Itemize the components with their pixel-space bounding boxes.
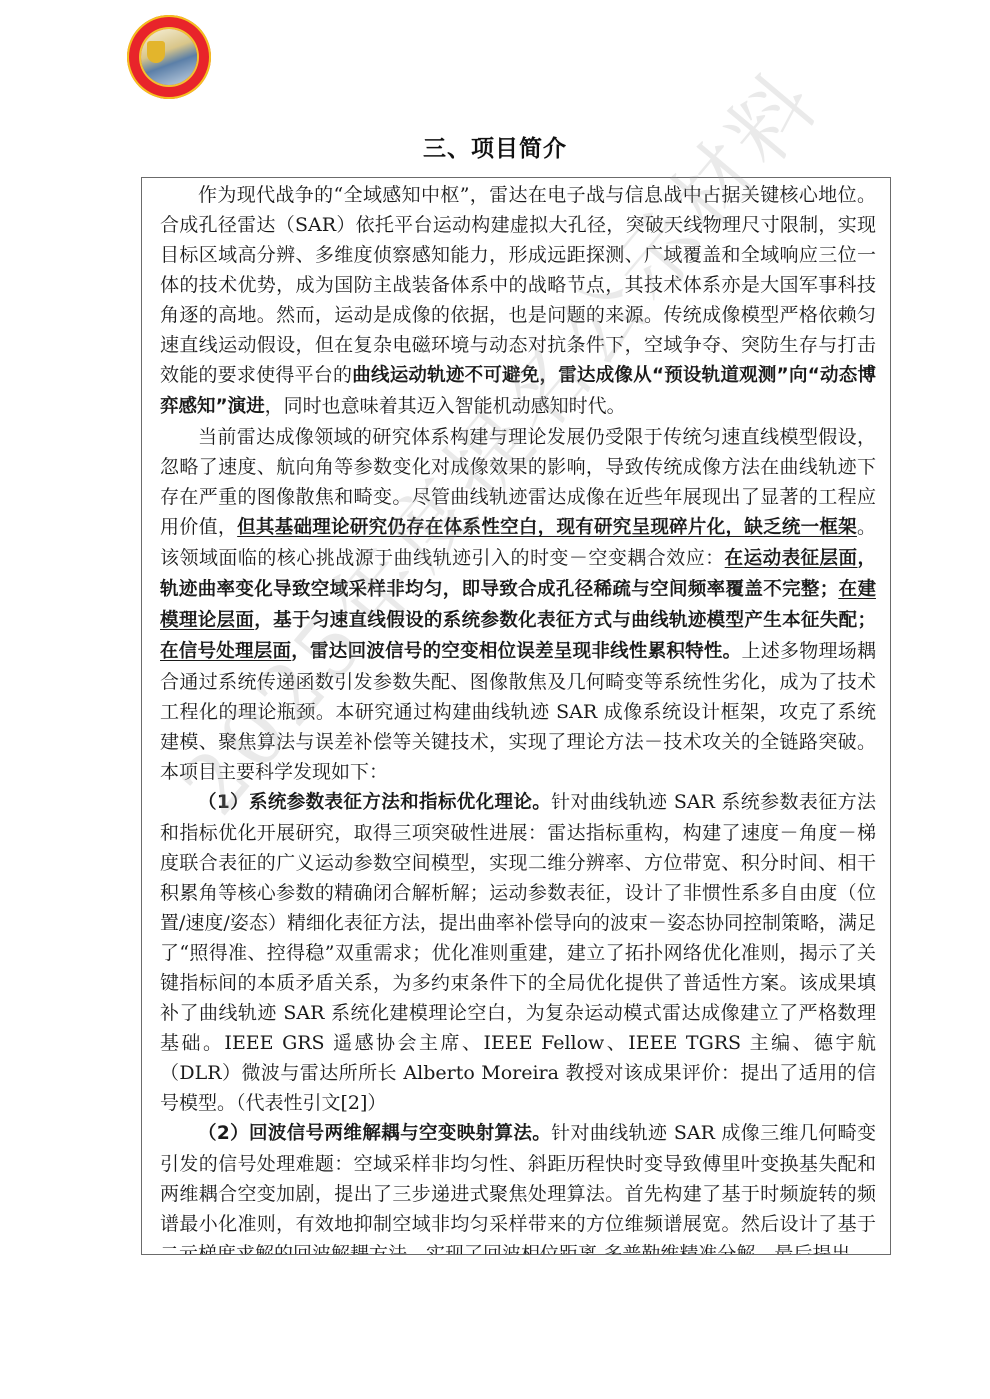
emphasis-underlined-text: 在运动表征层面: [725, 548, 858, 569]
paragraph-background: 作为现代战争的“全域感知中枢”，雷达在电子战与信息战中占据关键核心地位。合成孔径…: [160, 180, 876, 422]
paragraph-challenges: 当前雷达成像领域的研究体系构建与理论发展仍受限于传统匀速直线模型假设，忽略了速度…: [160, 422, 876, 787]
emphasis-underlined-text: 在信号处理层面: [160, 641, 291, 662]
organization-seal-logo-icon: [127, 15, 211, 99]
emphasis-underlined-text: 但其基础理论研究仍存在体系性空白，现有研究呈现碎片化，缺乏统一框架: [237, 517, 857, 538]
text-segment: 针对曲线轨迹 SAR 系统参数表征方法和指标优化开展研究，取得三项突破性进展：雷…: [160, 791, 876, 1114]
project-summary-box: 作为现代战争的“全域感知中枢”，雷达在电子战与信息战中占据关键核心地位。合成孔径…: [141, 177, 891, 1255]
paragraph-finding-2: （2）回波信号两维解耦与空变映射算法。针对曲线轨迹 SAR 成像三维几何畸变引发…: [160, 1118, 876, 1255]
emphasis-text: ，基于匀速直线假设的系统参数化表征方式与曲线轨迹模型产生本征失配；: [254, 610, 876, 631]
paragraph-finding-1: （1）系统参数表征方法和指标优化理论。针对曲线轨迹 SAR 系统参数表征方法和指…: [160, 787, 876, 1118]
finding-heading: （2）回波信号两维解耦与空变映射算法。: [198, 1123, 551, 1144]
emphasis-text: ，雷达回波信号的空变相位误差呈现非线性累积特性。: [291, 641, 741, 662]
text-segment: ，同时也意味着其迈入智能机动感知时代。: [265, 395, 626, 417]
finding-heading: （1）系统参数表征方法和指标优化理论。: [198, 792, 551, 813]
text-segment: 作为现代战争的“全域感知中枢”，雷达在电子战与信息战中占据关键核心地位。合成孔径…: [160, 184, 876, 386]
section-title: 三、项目简介: [0, 130, 990, 163]
trophy-icon: [147, 41, 165, 63]
project-summary-content: 作为现代战争的“全域感知中枢”，雷达在电子战与信息战中占据关键核心地位。合成孔径…: [160, 180, 876, 1255]
